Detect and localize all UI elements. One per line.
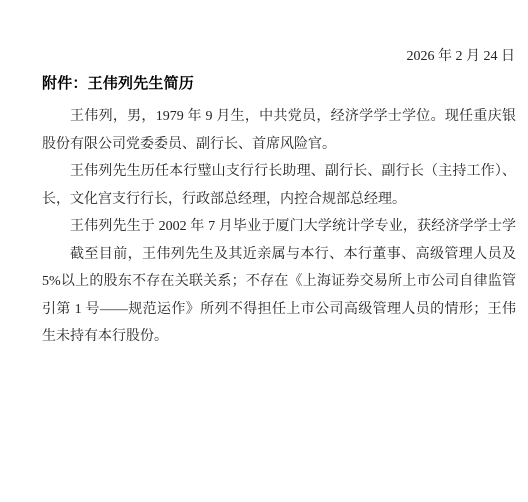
attachment-heading: 附件：王伟列先生简历	[42, 74, 515, 94]
bio-paragraph-4-line-4: 生未持有本行股份。	[42, 323, 516, 351]
bio-paragraph-4-line-1: 截至目前，王伟列先生及其近亲属与本行、本行董事、高级管理人员及持股	[42, 241, 516, 269]
bio-paragraph-2-line-2: 长，文化宫支行行长，行政部总经理，内控合规部总经理。	[42, 186, 516, 214]
document-page: 2026 年 2 月 24 日 附件：王伟列先生简历 王伟列，男，1979 年 …	[0, 0, 528, 502]
bio-paragraph-1-line-2: 股份有限公司党委委员、副行长、首席风险官。	[42, 131, 516, 159]
bio-paragraph-4-line-3: 引第 1 号——规范运作》所列不得担任上市公司高级管理人员的情形；王伟列先	[42, 296, 516, 324]
bio-paragraph-3-line-1: 王伟列先生于 2002 年 7 月毕业于厦门大学统计学专业，获经济学学士学位。	[42, 213, 516, 241]
bio-paragraph-2-line-1: 王伟列先生历任本行璧山支行行长助理、副行长、副行长（主持工作）、行	[42, 158, 516, 186]
bio-paragraph-4-line-2: 5%以上的股东不存在关联关系；不存在《上海证券交易所上市公司自律监管指	[42, 268, 516, 296]
document-body: 王伟列，男，1979 年 9 月生，中共党员，经济学学士学位。现任重庆银行 股份…	[42, 103, 516, 351]
document-date: 2026 年 2 月 24 日	[42, 48, 515, 66]
bio-paragraph-1-line-1: 王伟列，男，1979 年 9 月生，中共党员，经济学学士学位。现任重庆银行	[42, 103, 516, 131]
